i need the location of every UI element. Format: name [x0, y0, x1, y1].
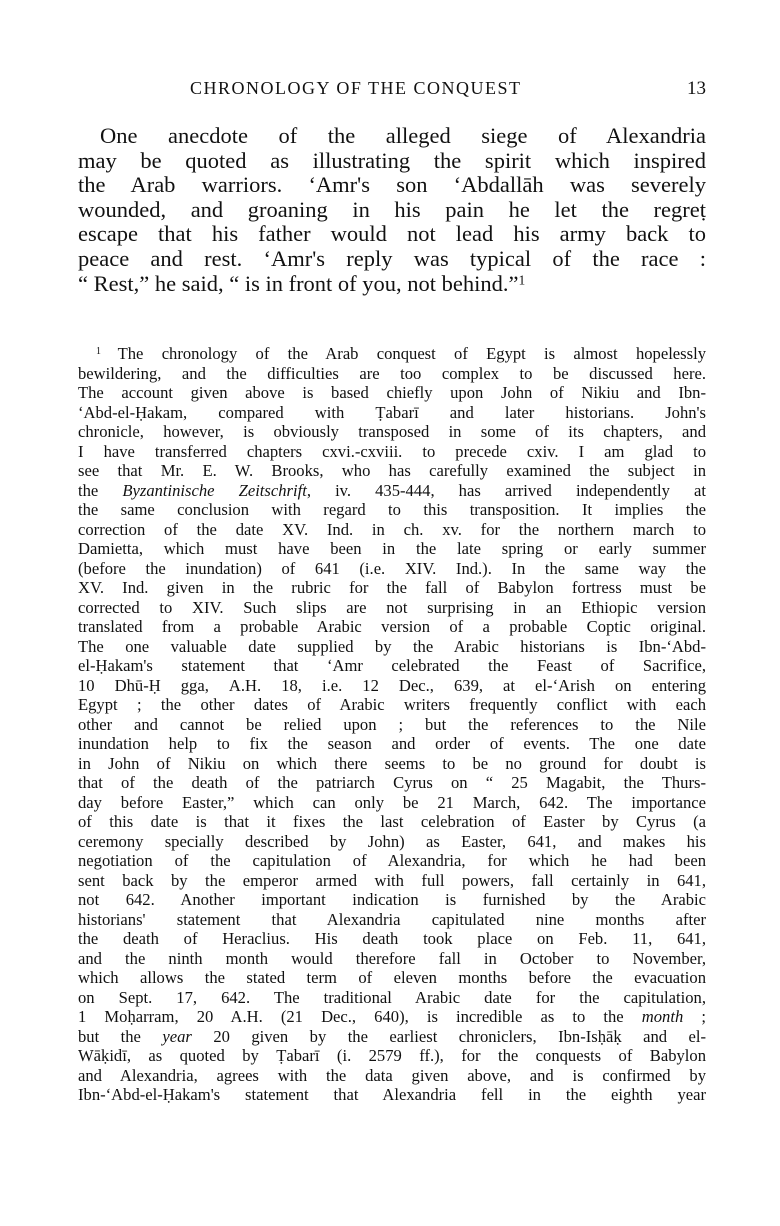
footnote-line: corrected to XIV. Such slips are not sur… — [78, 598, 706, 618]
footnote-line: el-Ḥakam's statement that ‘Amr celebrate… — [78, 656, 706, 676]
footnote-line: The account given above is based chiefly… — [78, 383, 706, 403]
footnote-line: (before the inundation) of 641 (i.e. XIV… — [78, 559, 706, 579]
italic-text: Byzantinische Zeitschrift — [122, 481, 306, 500]
text-line: wounded, and groaning in his pain he let… — [78, 198, 706, 223]
footnote-line: on Sept. 17, 642. The traditional Arabic… — [78, 988, 706, 1008]
footnote-line: other and cannot be relied upon ; but th… — [78, 715, 706, 735]
footnote-line: and the ninth month would therefore fall… — [78, 949, 706, 969]
footnote-line: the Byzantinische Zeitschrift, iv. 435-4… — [78, 481, 706, 501]
italic-text: month — [642, 1007, 683, 1026]
footnote-reference[interactable]: 1 — [519, 272, 526, 287]
footnote-line: negotiation of the capitulation of Alexa… — [78, 851, 706, 871]
footnote-line: Egypt ; the other dates of Arabic writer… — [78, 695, 706, 715]
footnote-line: that of the death of the patriarch Cyrus… — [78, 773, 706, 793]
footnote-line: ceremony specially described by John) as… — [78, 832, 706, 852]
footnote-line: ‘Abd-el-Ḥakam, compared with Ṭabarī and … — [78, 403, 706, 423]
text-line: peace and rest. ‘Amr's reply was typical… — [78, 247, 706, 272]
footnote-line: 1 Moḥarram, 20 A.H. (21 Dec., 640), is i… — [78, 1007, 706, 1027]
running-title: CHRONOLOGY OF THE CONQUEST — [190, 78, 522, 99]
footnote-line: Ibn-‘Abd-el-Ḥakam's statement that Alexa… — [78, 1085, 706, 1105]
footnote-line: 1 The chronology of the Arab conquest of… — [78, 344, 706, 364]
footnote-line: the same conclusion with regard to this … — [78, 500, 706, 520]
footnote: 1 The chronology of the Arab conquest of… — [78, 344, 706, 1105]
footnote-line: day before Easter,” which can only be 21… — [78, 793, 706, 813]
footnote-line: not 642. Another important indication is… — [78, 890, 706, 910]
footnote-line: correction of the date XV. Ind. in ch. x… — [78, 520, 706, 540]
footnote-line: the death of Heraclius. His death took p… — [78, 929, 706, 949]
text-line-last: “ Rest,” he said, “ is in front of you, … — [78, 272, 706, 297]
footnote-line: bewildering, and the difficulties are to… — [78, 364, 706, 384]
page-header: CHRONOLOGY OF THE CONQUEST 13 — [78, 78, 706, 104]
footnote-line: see that Mr. E. W. Brooks, who has caref… — [78, 461, 706, 481]
footnote-line: I have transferred chapters cxvi.-cxviii… — [78, 442, 706, 462]
text-line: escape that his father would not lead hi… — [78, 222, 706, 247]
footnote-line: XV. Ind. given in the rubric for the fal… — [78, 578, 706, 598]
footnote-line: sent back by the emperor armed with full… — [78, 871, 706, 891]
footnote-line: Wāḳidī, as quoted by Ṭabarī (i. 2579 ff.… — [78, 1046, 706, 1066]
footnote-line: 10 Dhū-Ḥ ggа, A.H. 18, i.e. 12 Dec., 639… — [78, 676, 706, 696]
footnote-line: in John of Nikiu on which there seems to… — [78, 754, 706, 774]
footnote-line: but the year 20 given by the earliest ch… — [78, 1027, 706, 1047]
footnote-line: and Alexandria, agrees with the data giv… — [78, 1066, 706, 1086]
footnote-line: of this date is that it fixes the last c… — [78, 812, 706, 832]
footnote-line: which allows the stated term of eleven m… — [78, 968, 706, 988]
footnote-line: chronicle, however, is obviously transpo… — [78, 422, 706, 442]
text-line: may be quoted as illustrating the spirit… — [78, 149, 706, 174]
body-paragraph: One anecdote of the alleged siege of Ale… — [78, 124, 706, 296]
text-line: One anecdote of the alleged siege of Ale… — [78, 124, 706, 149]
book-page: CHRONOLOGY OF THE CONQUEST 13 One anecdo… — [0, 0, 780, 1226]
footnote-line: translated from a probable Arabic versio… — [78, 617, 706, 637]
footnote-line: inundation help to fix the season and or… — [78, 734, 706, 754]
footnote-line: Damietta, which must have been in the la… — [78, 539, 706, 559]
footnote-marker: 1 — [96, 346, 118, 357]
page-number: 13 — [687, 78, 706, 100]
text-line: the Arab warriors. ‘Amr's son ‘Abdallāh … — [78, 173, 706, 198]
footnote-line: The one valuable date supplied by the Ar… — [78, 637, 706, 657]
text-line: “ Rest,” he said, “ is in front of you, … — [78, 271, 519, 296]
footnote-line: historians' statement that Alexandria ca… — [78, 910, 706, 930]
italic-text: year — [162, 1027, 192, 1046]
